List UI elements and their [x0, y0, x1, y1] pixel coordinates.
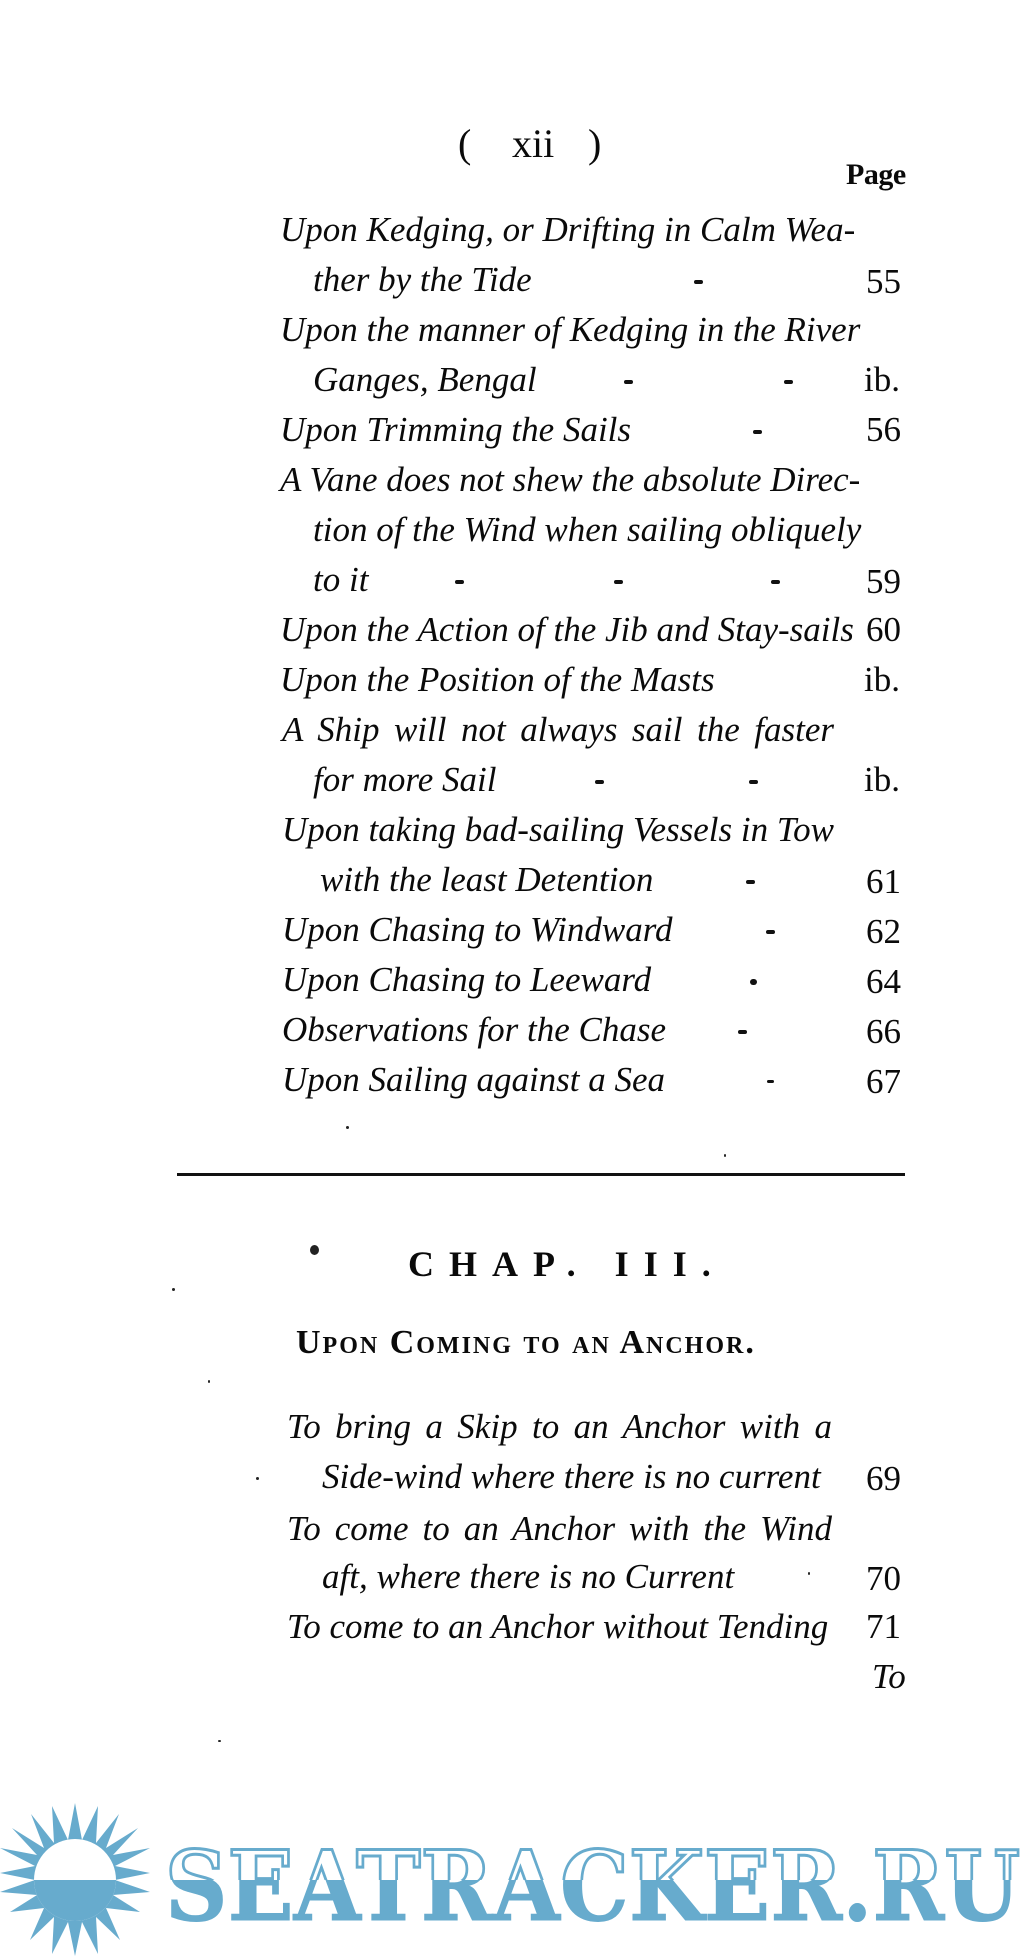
toc-entry-line: Upon the Position of the Masts — [280, 655, 715, 705]
watermark-graphic: SEATRACKER.RU SEATRACKER.RU — [0, 1800, 1029, 1957]
toc-entry-line: aft, where there is no Current — [322, 1552, 734, 1602]
toc-page-number: 62 — [866, 907, 926, 957]
section-divider-rule — [177, 1173, 905, 1176]
toc-entry-line: Upon Trimming the Sails — [280, 405, 631, 455]
sun-icon — [0, 1803, 150, 1956]
toc-entry-line: Observations for the Chase — [282, 1005, 666, 1055]
scan-speck — [346, 1126, 349, 1129]
leader-dash — [614, 580, 623, 584]
scan-speck — [808, 1572, 810, 1575]
toc-entry-line: for more Sail — [313, 755, 496, 805]
leader-dash — [694, 280, 703, 284]
watermark-text: SEATRACKER.RU SEATRACKER.RU — [165, 1830, 1020, 1943]
scan-speck — [724, 1154, 726, 1157]
toc-page-number: 67 — [866, 1057, 926, 1107]
toc-page-number: 69 — [866, 1454, 926, 1504]
chapter-heading: CHAP. III. — [408, 1243, 726, 1285]
toc-entry-line: Upon the manner of Kedging in the River — [280, 305, 832, 355]
toc-page-number: 70 — [866, 1554, 926, 1604]
toc-page-number: 64 — [866, 957, 926, 1007]
running-head-open-paren: ( — [458, 120, 471, 167]
toc-entry-line: Ganges, Bengal — [313, 355, 537, 405]
scan-speck — [208, 1380, 210, 1383]
toc-entry-line: Upon Chasing to Windward — [282, 905, 673, 955]
running-head-close-paren: ) — [588, 120, 601, 167]
toc-entry-line: To bring a Skip to an Anchor with a — [287, 1402, 832, 1452]
leader-dash — [753, 430, 762, 434]
leader-dash — [624, 380, 633, 384]
watermark-seatracker: SEATRACKER.RU SEATRACKER.RU — [0, 1800, 1029, 1957]
running-head-folio: xii — [512, 120, 554, 167]
toc-page-number: 61 — [866, 857, 926, 907]
scan-speck — [310, 1245, 319, 1255]
leader-dash — [767, 1080, 774, 1083]
toc-entry-line: A Ship will not always sail the faster — [282, 705, 834, 755]
toc-entry-line: with the least Detention — [320, 855, 653, 905]
toc-page-number: 55 — [866, 257, 926, 307]
toc-entry-line: Upon taking bad-sailing Vessels in Tow — [282, 805, 834, 855]
scan-speck — [172, 1288, 175, 1291]
leader-dash — [595, 780, 604, 784]
leader-dash — [771, 580, 780, 584]
leader-dash — [749, 780, 758, 784]
toc-entry-line: Upon the Action of the Jib and Stay-sail… — [280, 605, 832, 655]
toc-page-number: ib. — [864, 355, 924, 405]
leader-dash — [738, 1030, 747, 1034]
toc-entry-line: to it — [313, 555, 368, 605]
scan-speck — [218, 1740, 221, 1742]
scan-speck — [256, 1477, 259, 1480]
toc-page-number: 71 — [866, 1602, 926, 1652]
leader-dash — [750, 979, 757, 985]
toc-entry-line: Upon Kedging, or Drifting in Calm Wea- — [280, 205, 832, 255]
catchword: To — [872, 1652, 906, 1702]
toc-page-number: 59 — [866, 557, 926, 607]
toc-entry-line: Upon Chasing to Leeward — [282, 955, 651, 1005]
toc-page-number: 66 — [866, 1007, 926, 1057]
toc-entry-line: To come to an Anchor with the Wind — [287, 1504, 832, 1554]
toc-entry-line: ther by the Tide — [313, 255, 532, 305]
toc-entry-line: tion of the Wind when sailing obliquely — [313, 505, 832, 555]
toc-page-number: ib. — [864, 655, 924, 705]
leader-dash — [784, 380, 793, 384]
toc-page-number: 56 — [866, 405, 926, 455]
toc-page-number: 60 — [866, 605, 926, 655]
leader-dash — [766, 930, 775, 934]
toc-page-number: ib. — [864, 755, 924, 805]
leader-dash — [746, 880, 755, 884]
toc-entry-line: To come to an Anchor without Tending — [287, 1602, 828, 1652]
toc-entry-line: Upon Sailing against a Sea — [282, 1055, 665, 1105]
page-column-label: Page — [846, 158, 906, 192]
toc-entry-line: A Vane does not shew the absolute Direc- — [280, 455, 832, 505]
leader-dash — [455, 580, 464, 584]
chapter-title: Upon Coming to an Anchor. — [296, 1324, 756, 1362]
toc-entry-line: Side-wind where there is no current — [322, 1452, 821, 1502]
